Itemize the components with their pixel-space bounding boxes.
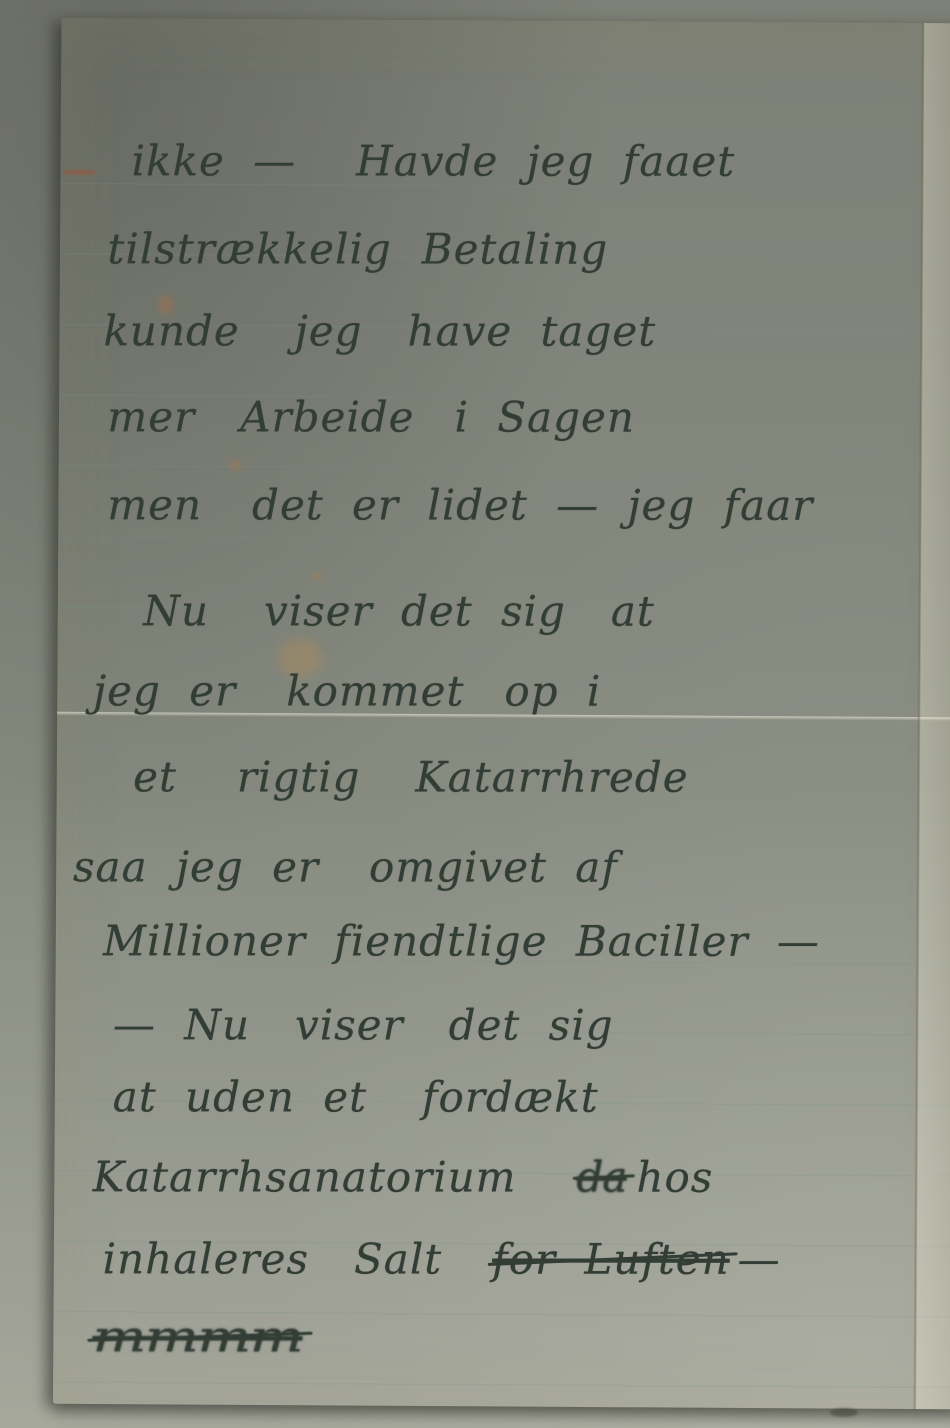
handwriting-line: saa jeg eromgivet af xyxy=(73,846,618,888)
handwriting-line: Millioner fiendtlige Baciller — xyxy=(103,920,820,963)
handwritten-word: viser det sig xyxy=(264,590,566,632)
letter-paper: ikke —Havde jeg faaettilstrækkeligBetali… xyxy=(53,18,950,1410)
handwritten-word: ikke — xyxy=(132,140,297,182)
handwriting-line: mendet er lidet — jeg faar xyxy=(107,484,813,527)
handwritten-word: at uden et xyxy=(113,1076,367,1118)
handwritten-word: mer xyxy=(107,396,195,438)
handwritten-word: kunde xyxy=(103,310,239,352)
handwritten-word: op i xyxy=(504,671,601,713)
handwritten-word: i Sagen xyxy=(454,397,634,439)
handwritten-word: men xyxy=(107,484,202,526)
handwriting-line: inhaleresSaltfor Luften— xyxy=(103,1238,781,1281)
handwritten-word: jeg er xyxy=(93,670,236,712)
scribbled-out-word: mmmm xyxy=(93,1316,303,1358)
handwriting-line: ikke —Havde jeg faaet xyxy=(132,140,736,183)
handwriting-line: mmmm xyxy=(93,1316,248,1358)
handwritten-word: Salt xyxy=(354,1238,442,1280)
handwriting-line: etrigtigKatarrhrede xyxy=(133,756,689,798)
handwritten-word: det er lidet — jeg faar xyxy=(252,484,813,526)
struck-word: for Luften xyxy=(492,1239,730,1281)
handwritten-word: det sig xyxy=(449,1004,614,1046)
scribbled-out-word: da xyxy=(577,1157,627,1199)
handwriting-line: tilstrækkeligBetaling xyxy=(108,228,609,270)
handwritten-word: Katarrhrede xyxy=(415,756,688,798)
handwritten-word: tilstrækkelig xyxy=(108,228,392,270)
handwritten-word: Millioner fiendtlige Baciller — xyxy=(103,920,820,963)
handwriting-line: at uden etfordækt xyxy=(113,1076,599,1118)
handwritten-word: Katarrhsanatorium xyxy=(93,1156,517,1198)
handwritten-word: inhaleres xyxy=(103,1238,309,1280)
handwriting-line: merArbeidei Sagen xyxy=(107,396,635,438)
handwriting-line: Nuviser det sigat xyxy=(143,590,655,632)
handwritten-word: — xyxy=(738,1239,781,1281)
handwriting-line: Katarrhsanatoriumdahos xyxy=(93,1156,714,1199)
handwriting-line: kundejeghave taget xyxy=(103,310,656,352)
handwritten-word: Betaling xyxy=(422,228,608,270)
handwritten-word: viser xyxy=(295,1004,404,1046)
handwriting-block: ikke —Havde jeg faaettilstrækkeligBetali… xyxy=(57,20,950,1407)
handwritten-word: omgivet af xyxy=(369,846,618,888)
handwritten-word: Nu xyxy=(143,590,209,632)
photo-background: ikke —Havde jeg faaettilstrækkeligBetali… xyxy=(0,0,950,1428)
handwritten-word: et xyxy=(133,756,177,798)
handwritten-word: have taget xyxy=(408,310,657,352)
handwritten-word: at xyxy=(611,591,655,633)
handwriting-line: — Nuviserdet sig xyxy=(113,1004,614,1046)
handwritten-word: rigtig xyxy=(237,756,361,798)
handwritten-word: hos xyxy=(636,1157,713,1199)
handwriting-line: jeg erkommetop i xyxy=(93,670,601,712)
handwritten-word: Arbeide xyxy=(240,396,414,438)
handwritten-word: kommet xyxy=(286,670,464,712)
handwritten-word: jeg xyxy=(295,310,363,352)
handwritten-word: saa jeg er xyxy=(73,846,319,888)
background-mark xyxy=(830,1408,858,1417)
handwritten-word: Havde jeg faaet xyxy=(356,140,735,182)
handwritten-word: — Nu xyxy=(113,1004,250,1046)
handwritten-word: fordækt xyxy=(422,1076,599,1118)
